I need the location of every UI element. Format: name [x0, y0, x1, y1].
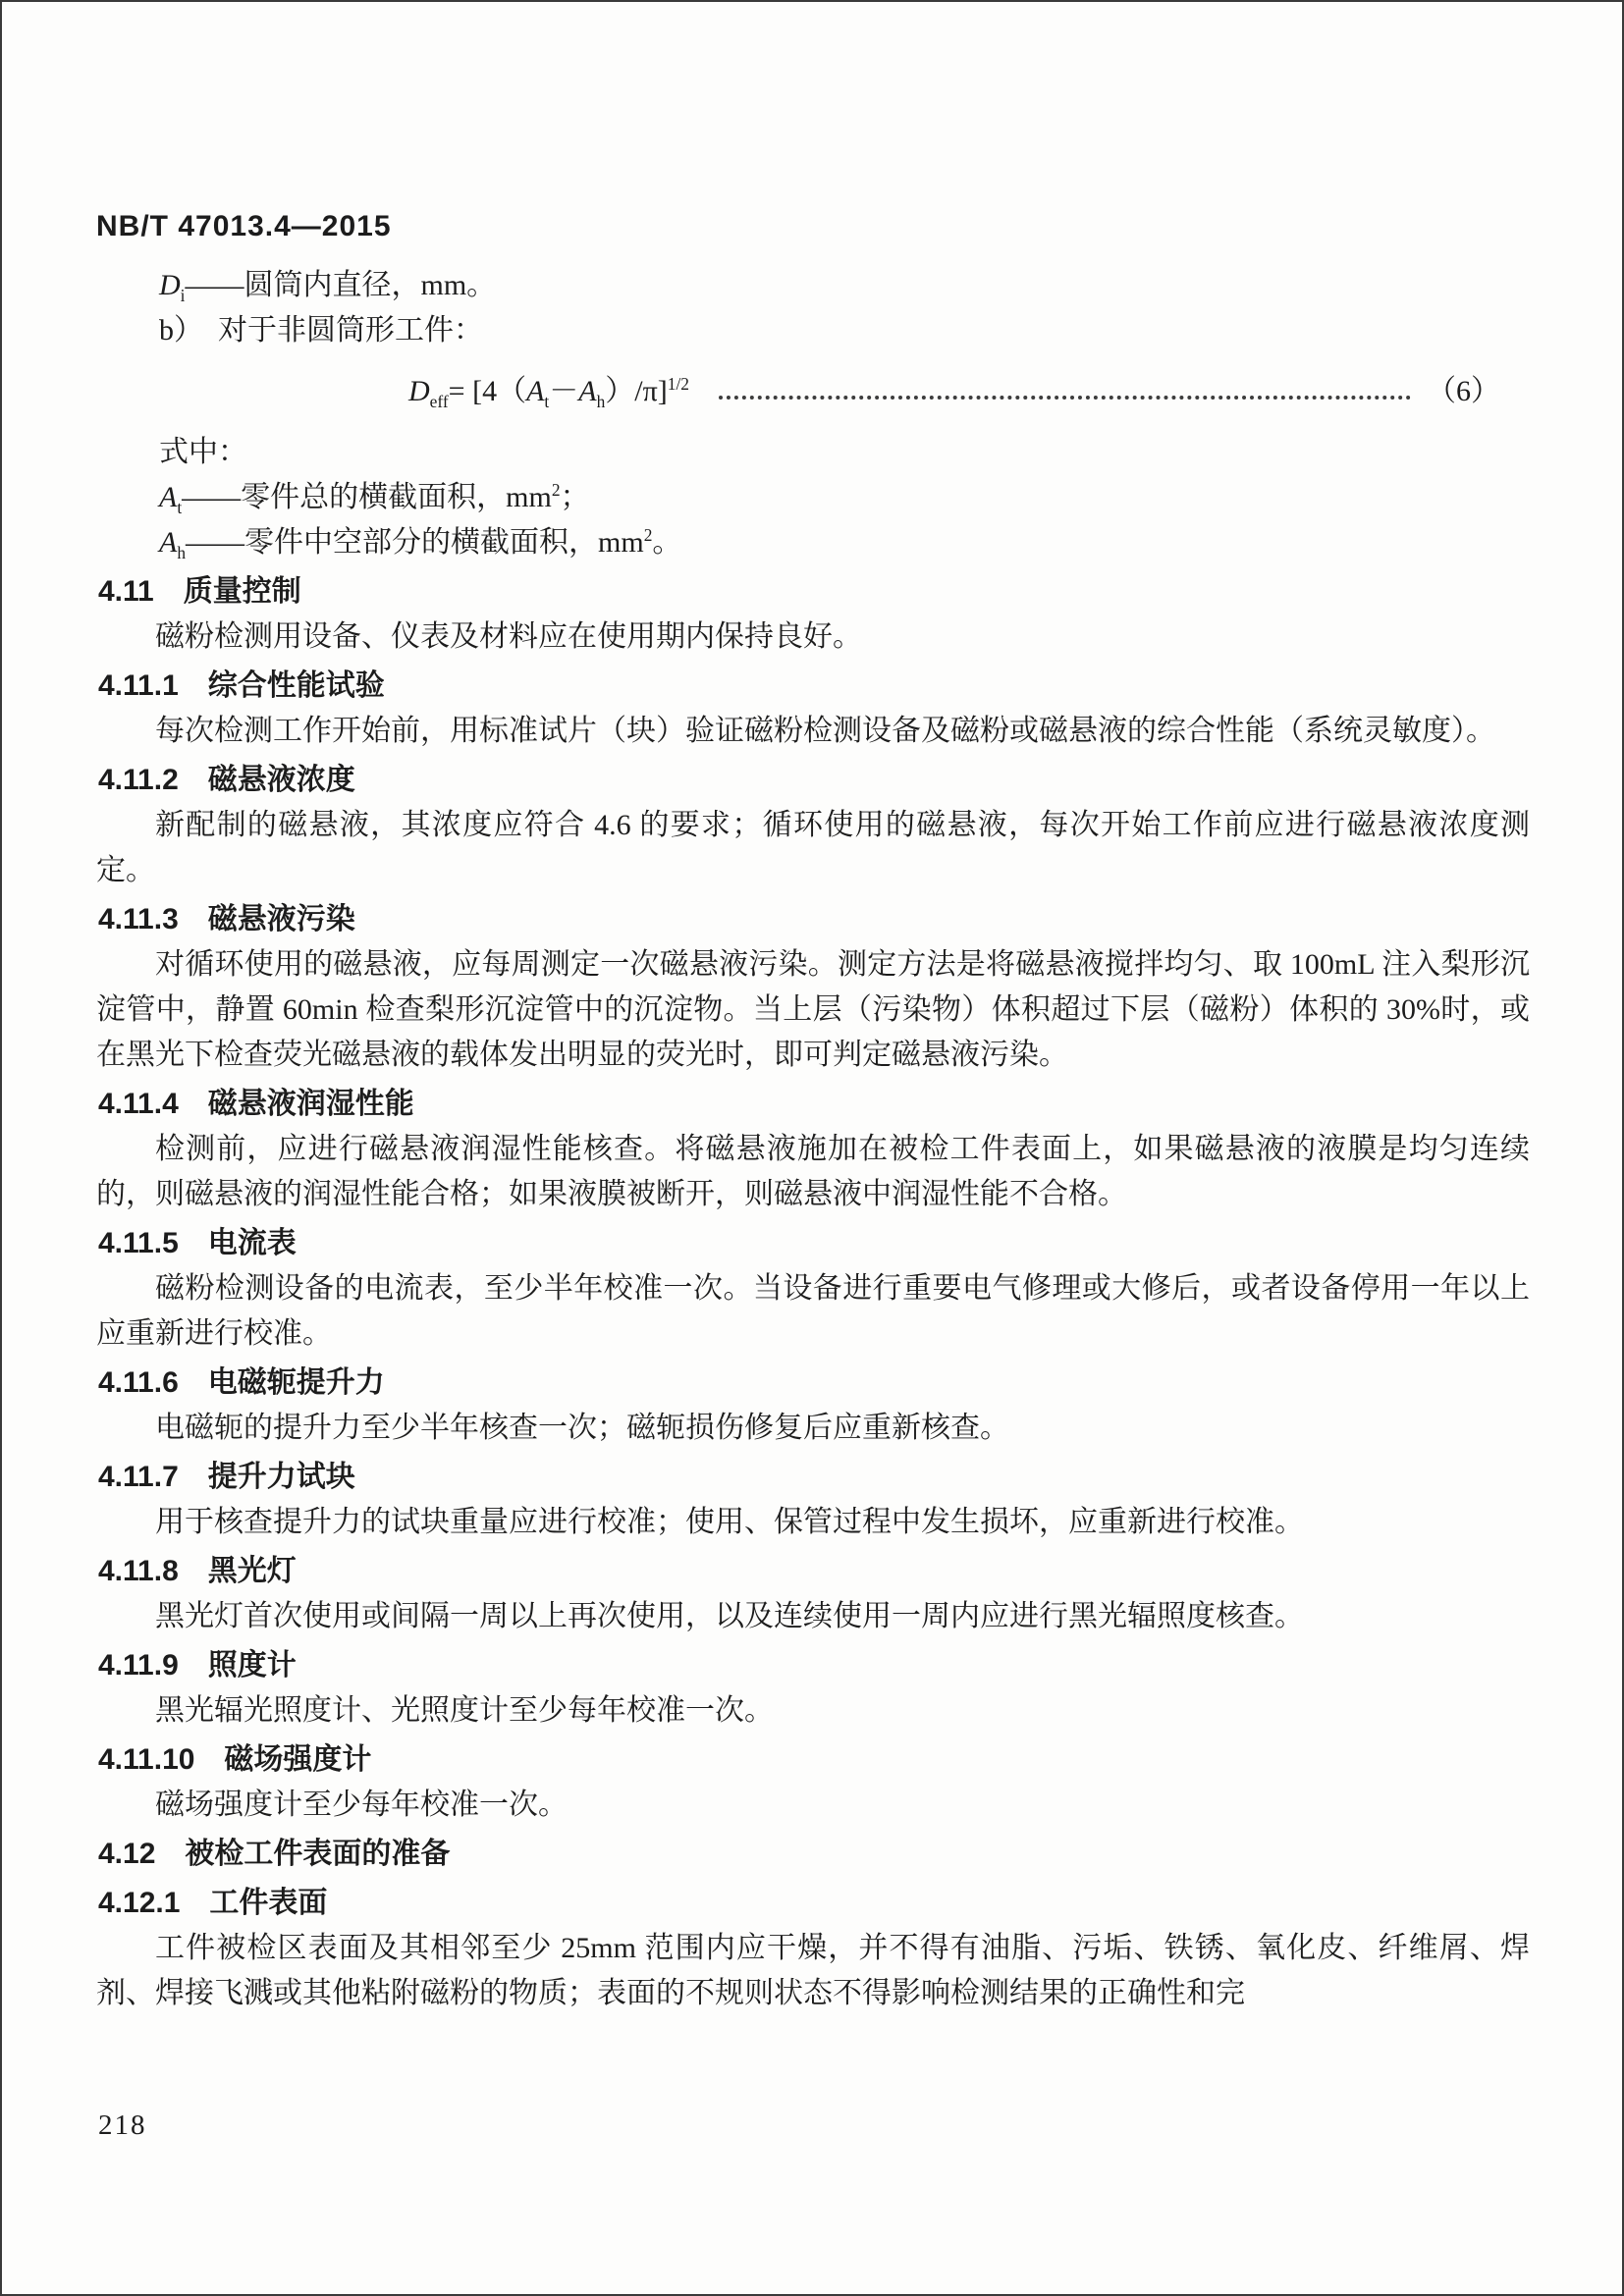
formula-number: （6）: [1427, 369, 1500, 414]
section-heading: 4.11.5 电流表: [98, 1221, 1530, 1266]
definition-di-text: ——圆筒内直径，mm。: [186, 269, 497, 301]
paragraph: 磁场强度计至少每年校准一次。: [96, 1783, 1530, 1828]
symbol-ah: A: [159, 526, 177, 559]
section-4-11-1: 4.11.1 综合性能试验 每次检测工作开始前，用标准试片（块）验证磁粉检测设备…: [96, 664, 1530, 754]
definition-at-tail: ；: [561, 481, 590, 513]
section-heading: 4.11 质量控制: [98, 569, 1530, 614]
definition-at-superscript: 2: [552, 480, 561, 500]
formula-6: Deff= [4（At－Ah）/π]1/2 （6）: [96, 369, 1500, 414]
section-4-11-10: 4.11.10 磁场强度计 磁场强度计至少每年校准一次。: [96, 1737, 1530, 1828]
section-4-11-9: 4.11.9 照度计 黑光辐光照度计、光照度计至少每年校准一次。: [96, 1643, 1530, 1734]
section-4-11-7: 4.11.7 提升力试块 用于核查提升力的试块重量应进行校准；使用、保管过程中发…: [96, 1455, 1530, 1545]
formula-var-deff: D: [408, 375, 430, 407]
section-heading: 4.11.10 磁场强度计: [98, 1737, 1530, 1783]
section-heading: 4.11.9 照度计: [98, 1643, 1530, 1688]
list-item-b: b） 对于非圆筒形工件：: [159, 308, 1530, 353]
formula-var-at: A: [526, 375, 544, 407]
paragraph: 检测前，应进行磁悬液润湿性能核查。将磁悬液施加在被检工件表面上，如果磁悬液的液膜…: [96, 1127, 1530, 1217]
dotted-leader: [719, 384, 1411, 400]
paragraph: 每次检测工作开始前，用标准试片（块）验证磁粉检测设备及磁粉或磁悬液的综合性能（系…: [96, 709, 1530, 754]
section-heading: 4.12.1 工件表面: [98, 1881, 1530, 1926]
paragraph: 磁粉检测设备的电流表，至少半年校准一次。当设备进行重要电气修理或大修后，或者设备…: [96, 1266, 1530, 1357]
standard-number-header: NB/T 47013.4—2015: [96, 204, 1530, 249]
paragraph: 电磁轭的提升力至少半年核查一次；磁轭损伤修复后应重新核查。: [96, 1406, 1530, 1451]
symbol-at: A: [159, 481, 177, 513]
symbol-d: D: [159, 269, 181, 301]
section-heading: 4.11.4 磁悬液润湿性能: [98, 1082, 1530, 1127]
paragraph: 新配制的磁悬液，其浓度应符合 4.6 的要求；循环使用的磁悬液，每次开始工作前应…: [96, 803, 1530, 893]
section-4-11-8: 4.11.8 黑光灯 黑光灯首次使用或间隔一周以上再次使用，以及连续使用一周内应…: [96, 1549, 1530, 1639]
paragraph: 用于核查提升力的试块重量应进行校准；使用、保管过程中发生损坏，应重新进行校准。: [96, 1500, 1530, 1545]
page-content: NB/T 47013.4—2015 Di——圆筒内直径，mm。 b） 对于非圆筒…: [96, 204, 1530, 2016]
where-label: 式中：: [159, 430, 1530, 475]
formula-minus: －: [549, 375, 578, 407]
section-4-12: 4.12 被检工件表面的准备: [96, 1832, 1530, 1877]
paragraph: 黑光灯首次使用或间隔一周以上再次使用，以及连续使用一周内应进行黑光辐照度核查。: [96, 1594, 1530, 1639]
section-4-12-1: 4.12.1 工件表面 工件被检区表面及其相邻至少 25mm 范围内应干燥，并不…: [96, 1881, 1530, 2016]
section-heading: 4.11.8 黑光灯: [98, 1549, 1530, 1594]
formula-exponent: 1/2: [668, 374, 689, 394]
formula-sub-h: h: [597, 392, 606, 411]
section-heading: 4.11.2 磁悬液浓度: [98, 758, 1530, 803]
formula-var-ah: A: [578, 375, 596, 407]
definition-ah-text: ——零件中空部分的横截面积，mm: [186, 526, 644, 559]
formula-sub-eff: eff: [430, 392, 449, 411]
document-page: NB/T 47013.4—2015 Di——圆筒内直径，mm。 b） 对于非圆筒…: [0, 0, 1624, 2296]
section-heading: 4.11.7 提升力试块: [98, 1455, 1530, 1500]
section-4-11-4: 4.11.4 磁悬液润湿性能 检测前，应进行磁悬液润湿性能核查。将磁悬液施加在被…: [96, 1082, 1530, 1217]
section-4-11-6: 4.11.6 电磁轭提升力 电磁轭的提升力至少半年核查一次；磁轭损伤修复后应重新…: [96, 1361, 1530, 1451]
definition-at-text: ——零件总的横截面积，mm: [182, 481, 552, 513]
formula-close-bracket: ）/π]: [605, 375, 667, 407]
section-4-11: 4.11 质量控制 磁粉检测用设备、仪表及材料应在使用期内保持良好。: [96, 569, 1530, 660]
definition-ah: Ah——零件中空部分的横截面积，mm2。: [159, 520, 1530, 565]
paragraph: 黑光辐光照度计、光照度计至少每年校准一次。: [96, 1688, 1530, 1734]
symbol-ah-subscript: h: [177, 543, 186, 562]
paragraph: 对循环使用的磁悬液，应每周测定一次磁悬液污染。测定方法是将磁悬液搅拌均匀、取 1…: [96, 942, 1530, 1078]
section-heading: 4.11.6 电磁轭提升力: [98, 1361, 1530, 1406]
formula-expression: Deff= [4（At－Ah）/π]1/2: [96, 369, 689, 414]
definition-ah-tail: 。: [652, 526, 681, 559]
section-heading: 4.11.3 磁悬液污染: [98, 897, 1530, 942]
preamble-definitions: Di——圆筒内直径，mm。 b） 对于非圆筒形工件：: [159, 263, 1530, 353]
definition-di: Di——圆筒内直径，mm。: [159, 263, 1530, 308]
section-heading: 4.12 被检工件表面的准备: [98, 1832, 1530, 1877]
section-heading: 4.11.1 综合性能试验: [98, 664, 1530, 709]
section-4-11-3: 4.11.3 磁悬液污染 对循环使用的磁悬液，应每周测定一次磁悬液污染。测定方法…: [96, 897, 1530, 1078]
paragraph: 磁粉检测用设备、仪表及材料应在使用期内保持良好。: [96, 614, 1530, 660]
page-number: 218: [98, 2103, 147, 2148]
where-block: 式中： At——零件总的横截面积，mm2； Ah——零件中空部分的横截面积，mm…: [159, 430, 1530, 565]
section-4-11-5: 4.11.5 电流表 磁粉检测设备的电流表，至少半年校准一次。当设备进行重要电气…: [96, 1221, 1530, 1357]
formula-equals-open: = [4（: [449, 375, 526, 407]
definition-at: At——零件总的横截面积，mm2；: [159, 475, 1530, 520]
section-4-11-2: 4.11.2 磁悬液浓度 新配制的磁悬液，其浓度应符合 4.6 的要求；循环使用…: [96, 758, 1530, 893]
paragraph: 工件被检区表面及其相邻至少 25mm 范围内应干燥，并不得有油脂、污垢、铁锈、氧…: [96, 1926, 1530, 2016]
